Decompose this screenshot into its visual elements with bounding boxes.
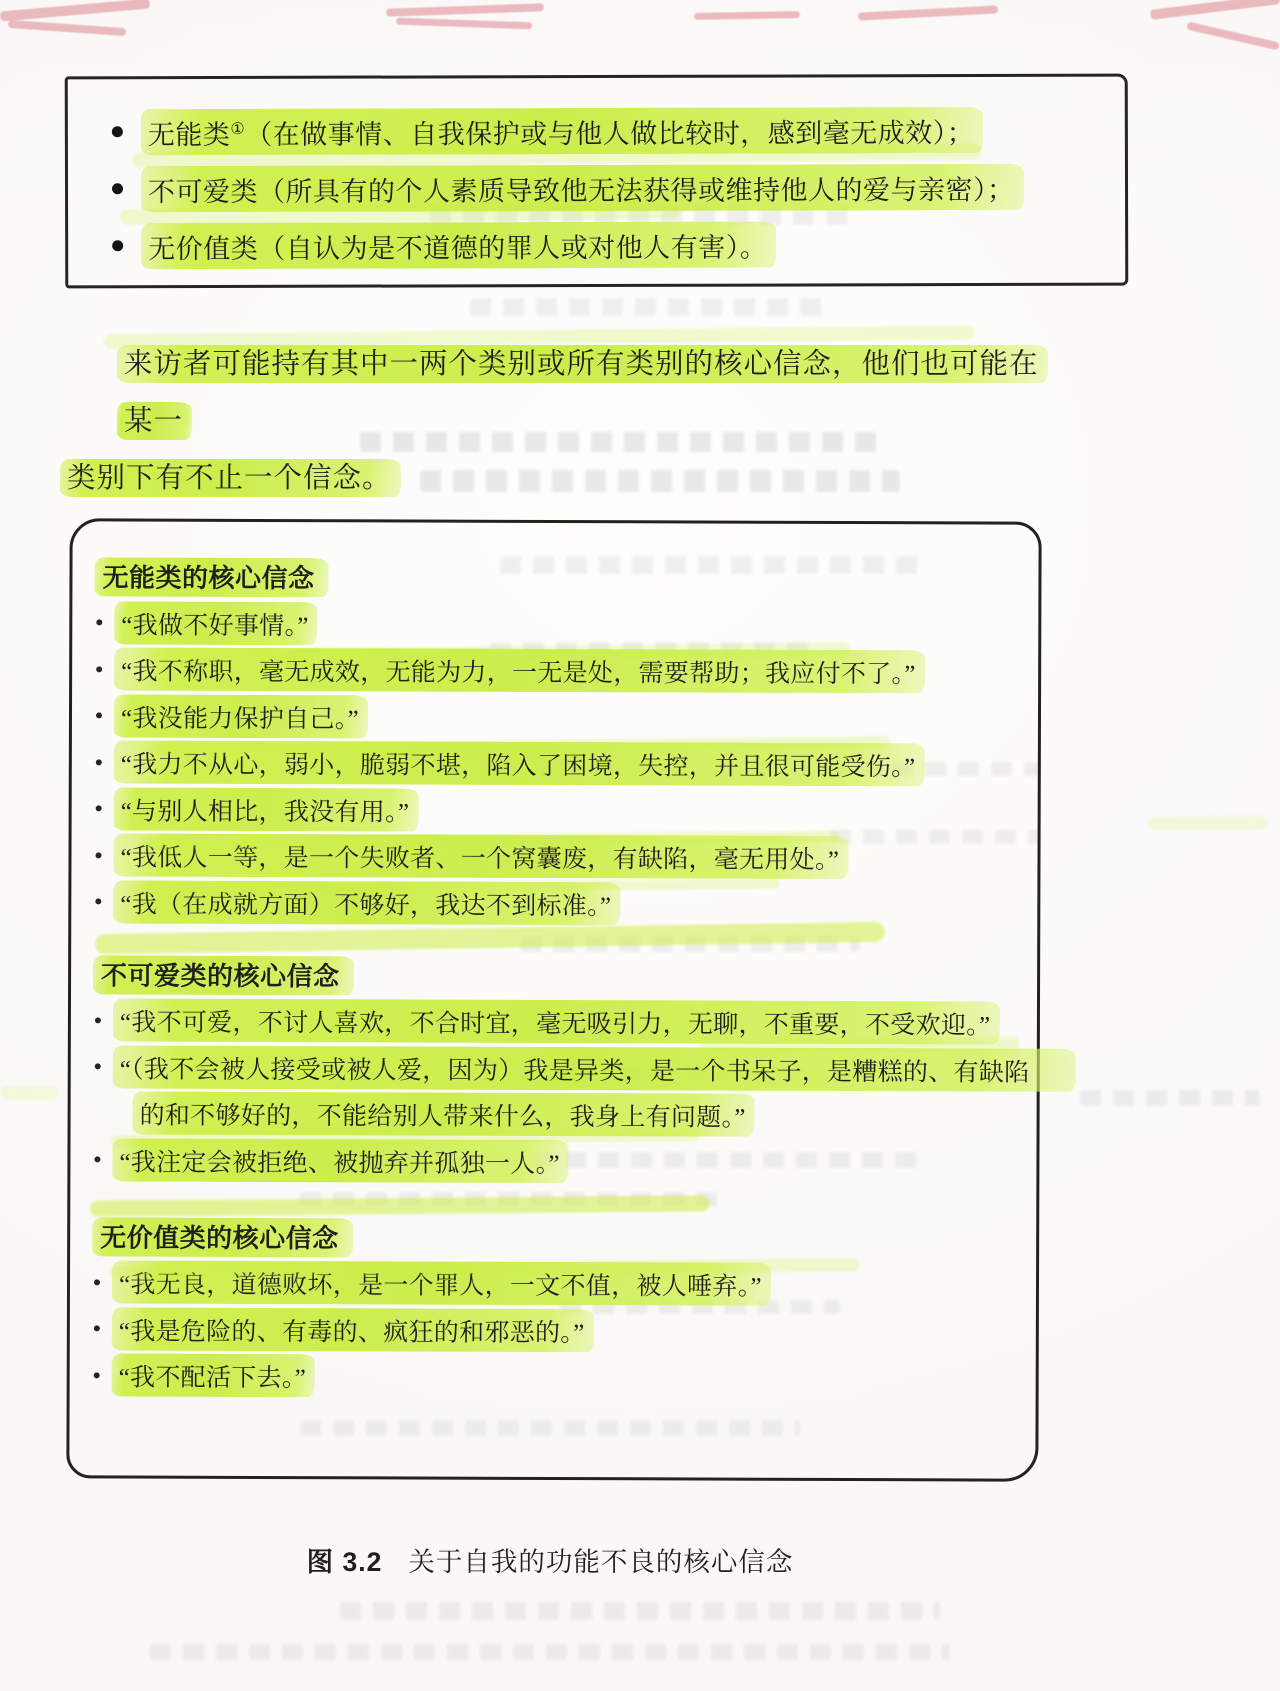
belief-item: “我是危险的、有毒的、疯狂的和邪恶的。” xyxy=(92,1305,1006,1355)
bullet-icon xyxy=(112,240,123,251)
red-pen-mark xyxy=(858,5,998,20)
belief-quote: “我力不从心，弱小，脆弱不堪，陷入了困境，失控，并且很可能受伤。” xyxy=(114,741,925,787)
bullet-icon xyxy=(95,852,101,858)
bullet-icon xyxy=(94,1157,100,1163)
bullet-icon xyxy=(96,620,102,626)
category-term: 无能类 xyxy=(148,119,231,149)
figure-caption: 图 3.2关于自我的功能不良的核心信念 xyxy=(0,1540,1100,1579)
highlighted-text: 无能类①（在做事情、自我保护或与他人做比较时，感到毫无成效）； xyxy=(141,106,983,154)
belief-quote: “与别人相比，我没有用。” xyxy=(114,787,419,831)
red-pen-mark xyxy=(1186,22,1279,51)
bullet-icon xyxy=(112,126,123,137)
bullet-icon xyxy=(94,1326,100,1332)
highlighted-text: 不可爱类的核心信念 xyxy=(93,955,354,995)
belief-item: “我无良，道德败坏，是一个罪人，一文不值，被人唾弃。” xyxy=(92,1259,1006,1309)
belief-quote: “我注定会被拒绝、被抛弃并孤独一人。” xyxy=(112,1138,569,1183)
figure-title: 关于自我的功能不良的核心信念 xyxy=(408,1547,793,1577)
belief-quote: “我不称职，毫无成效，无能为力，一无是处，需要帮助；我应付不了。” xyxy=(114,648,925,694)
belief-quote: 的和不够好的，不能给别人带来什么，我身上有问题。” xyxy=(133,1092,755,1137)
highlighted-text: 不可爱类（所具有的个人素质导致他无法获得或维持他人的爱与亲密）； xyxy=(141,163,1024,211)
red-pen-mark xyxy=(0,0,150,22)
section-heading-unlovability: 不可爱类的核心信念 xyxy=(93,955,1007,992)
belief-item: “我力不从心，弱小，脆弱不堪，陷入了困境，失控，并且很可能受伤。” xyxy=(94,739,1008,789)
belief-quote: “我无良，道德败坏，是一个罪人，一文不值，被人唾弃。” xyxy=(112,1261,771,1306)
definition-item-unlovability: 不可爱类（所具有的个人素质导致他无法获得或维持他人的爱与亲密）； xyxy=(112,158,1125,218)
highlighted-text: 无能类的核心信念 xyxy=(94,557,328,597)
bleed-through-text xyxy=(340,1602,940,1620)
belief-quote: “我是危险的、有毒的、疯狂的和邪恶的。” xyxy=(112,1307,594,1352)
highlighted-text: 无价值类（自认为是不道德的罪人或对他人有害）。 xyxy=(141,221,776,269)
bullet-icon xyxy=(96,806,102,812)
paragraph-line: 类别下有不止一个信念。 xyxy=(60,450,1060,507)
belief-item: “我做不好事情。” xyxy=(94,599,1008,649)
belief-item: “我不称职，毫无成效，无能为力，一无是处，需要帮助；我应付不了。” xyxy=(94,646,1008,696)
section-heading-worthlessness: 无价值类的核心信念 xyxy=(92,1217,1006,1254)
belief-quote: “我（在成就方面）不够好，我达不到标准。” xyxy=(113,880,620,925)
bullet-icon xyxy=(95,1064,101,1070)
bullet-icon xyxy=(96,713,102,719)
core-beliefs-figure-box: 无能类的核心信念 “我做不好事情。” “我不称职，毫无成效，无能为力，一无是处，… xyxy=(66,518,1041,1481)
belief-item-continuation: 的和不够好的，不能给别人带来什么，我身上有问题。” xyxy=(93,1090,1007,1140)
belief-item: “我没能力保护自己。” xyxy=(94,692,1008,742)
highlighter-smear xyxy=(1148,815,1268,830)
bullet-icon xyxy=(95,1017,101,1023)
belief-quote: “我不可爱，不讨人喜欢，不合时宜，毫无吸引力，无聊，不重要，不受欢迎。” xyxy=(113,999,1000,1045)
footnote-marker: ① xyxy=(230,120,245,137)
body-paragraph: 来访者可能持有其中一两个类别或所有类别的核心信念，他们也可能在某一 类别下有不止… xyxy=(60,336,1060,507)
red-pen-mark xyxy=(8,20,126,36)
bullet-icon xyxy=(95,899,101,905)
bleed-through-text xyxy=(470,298,830,316)
category-term: 无价值类（自认为是不道德的罪人或对他人有害）。 xyxy=(148,232,767,264)
paragraph-line: 来访者可能持有其中一两个类别或所有类别的核心信念，他们也可能在某一 xyxy=(60,336,1060,450)
section-heading-helplessness: 无能类的核心信念 xyxy=(94,557,1008,594)
bullet-icon xyxy=(96,759,102,765)
belief-quote: “我没能力保护自己。” xyxy=(114,694,368,738)
belief-item: “与别人相比，我没有用。” xyxy=(94,785,1008,835)
highlighted-text: 无价值类的核心信念 xyxy=(92,1217,353,1257)
belief-item: “我不可爱，不讨人喜欢，不合时宜，毫无吸引力，无聊，不重要，不受欢迎。” xyxy=(93,997,1007,1047)
belief-item: “我（在成就方面）不够好，我达不到标准。” xyxy=(93,878,1007,928)
belief-quote: “我低人一等，是一个失败者、一个窝囊废，有缺陷，毫无用处。” xyxy=(113,834,848,880)
highlighted-text: 类别下有不止一个信念。 xyxy=(60,459,401,497)
belief-quote: “我不配活下去。” xyxy=(112,1354,316,1398)
bullet-icon xyxy=(96,666,102,672)
bullet-icon xyxy=(94,1279,100,1285)
bullet-icon xyxy=(112,183,123,194)
belief-item: “（我不会被人接受或被人爱，因为）我是异类，是一个书呆子，是糟糕的、有缺陷 xyxy=(93,1043,1007,1093)
definition-box: 无能类①（在做事情、自我保护或与他人做比较时，感到毫无成效）； 不可爱类（所具有… xyxy=(65,74,1129,289)
definition-item-helplessness: 无能类①（在做事情、自我保护或与他人做比较时，感到毫无成效）； xyxy=(112,101,1125,161)
definition-item-worthlessness: 无价值类（自认为是不道德的罪人或对他人有害）。 xyxy=(112,215,1125,275)
red-pen-mark xyxy=(1150,0,1280,20)
highlighter-smear xyxy=(0,1086,58,1101)
belief-item: “我不配活下去。” xyxy=(92,1352,1006,1402)
category-term: 不可爱类（所具有的个人素质导致他无法获得或维持他人的爱与亲密）； xyxy=(148,174,1015,206)
red-pen-mark xyxy=(386,3,544,17)
belief-item: “我注定会被拒绝、被抛弃并孤独一人。” xyxy=(92,1136,1006,1186)
belief-quote: “（我不会被人接受或被人爱，因为）我是异类，是一个书呆子，是糟糕的、有缺陷 xyxy=(113,1045,1076,1091)
scanned-book-page: { "colors": { "highlight": "#cdee48", "i… xyxy=(0,0,1280,1691)
belief-quote: “我做不好事情。” xyxy=(114,601,318,645)
belief-item: “我低人一等，是一个失败者、一个窝囊废，有缺陷，毫无用处。” xyxy=(93,832,1007,882)
red-pen-mark xyxy=(396,18,532,30)
bleed-through-text xyxy=(150,1644,950,1660)
highlighted-text: 来访者可能持有其中一两个类别或所有类别的核心信念，他们也可能在某一 xyxy=(117,345,1048,440)
category-description: （在做事情、自我保护或与他人做比较时，感到毫无成效）； xyxy=(245,118,974,150)
figure-number: 图 3.2 xyxy=(307,1547,383,1577)
red-pen-mark xyxy=(694,11,800,20)
bleed-through-text xyxy=(1080,1090,1260,1106)
bullet-icon xyxy=(94,1372,100,1378)
